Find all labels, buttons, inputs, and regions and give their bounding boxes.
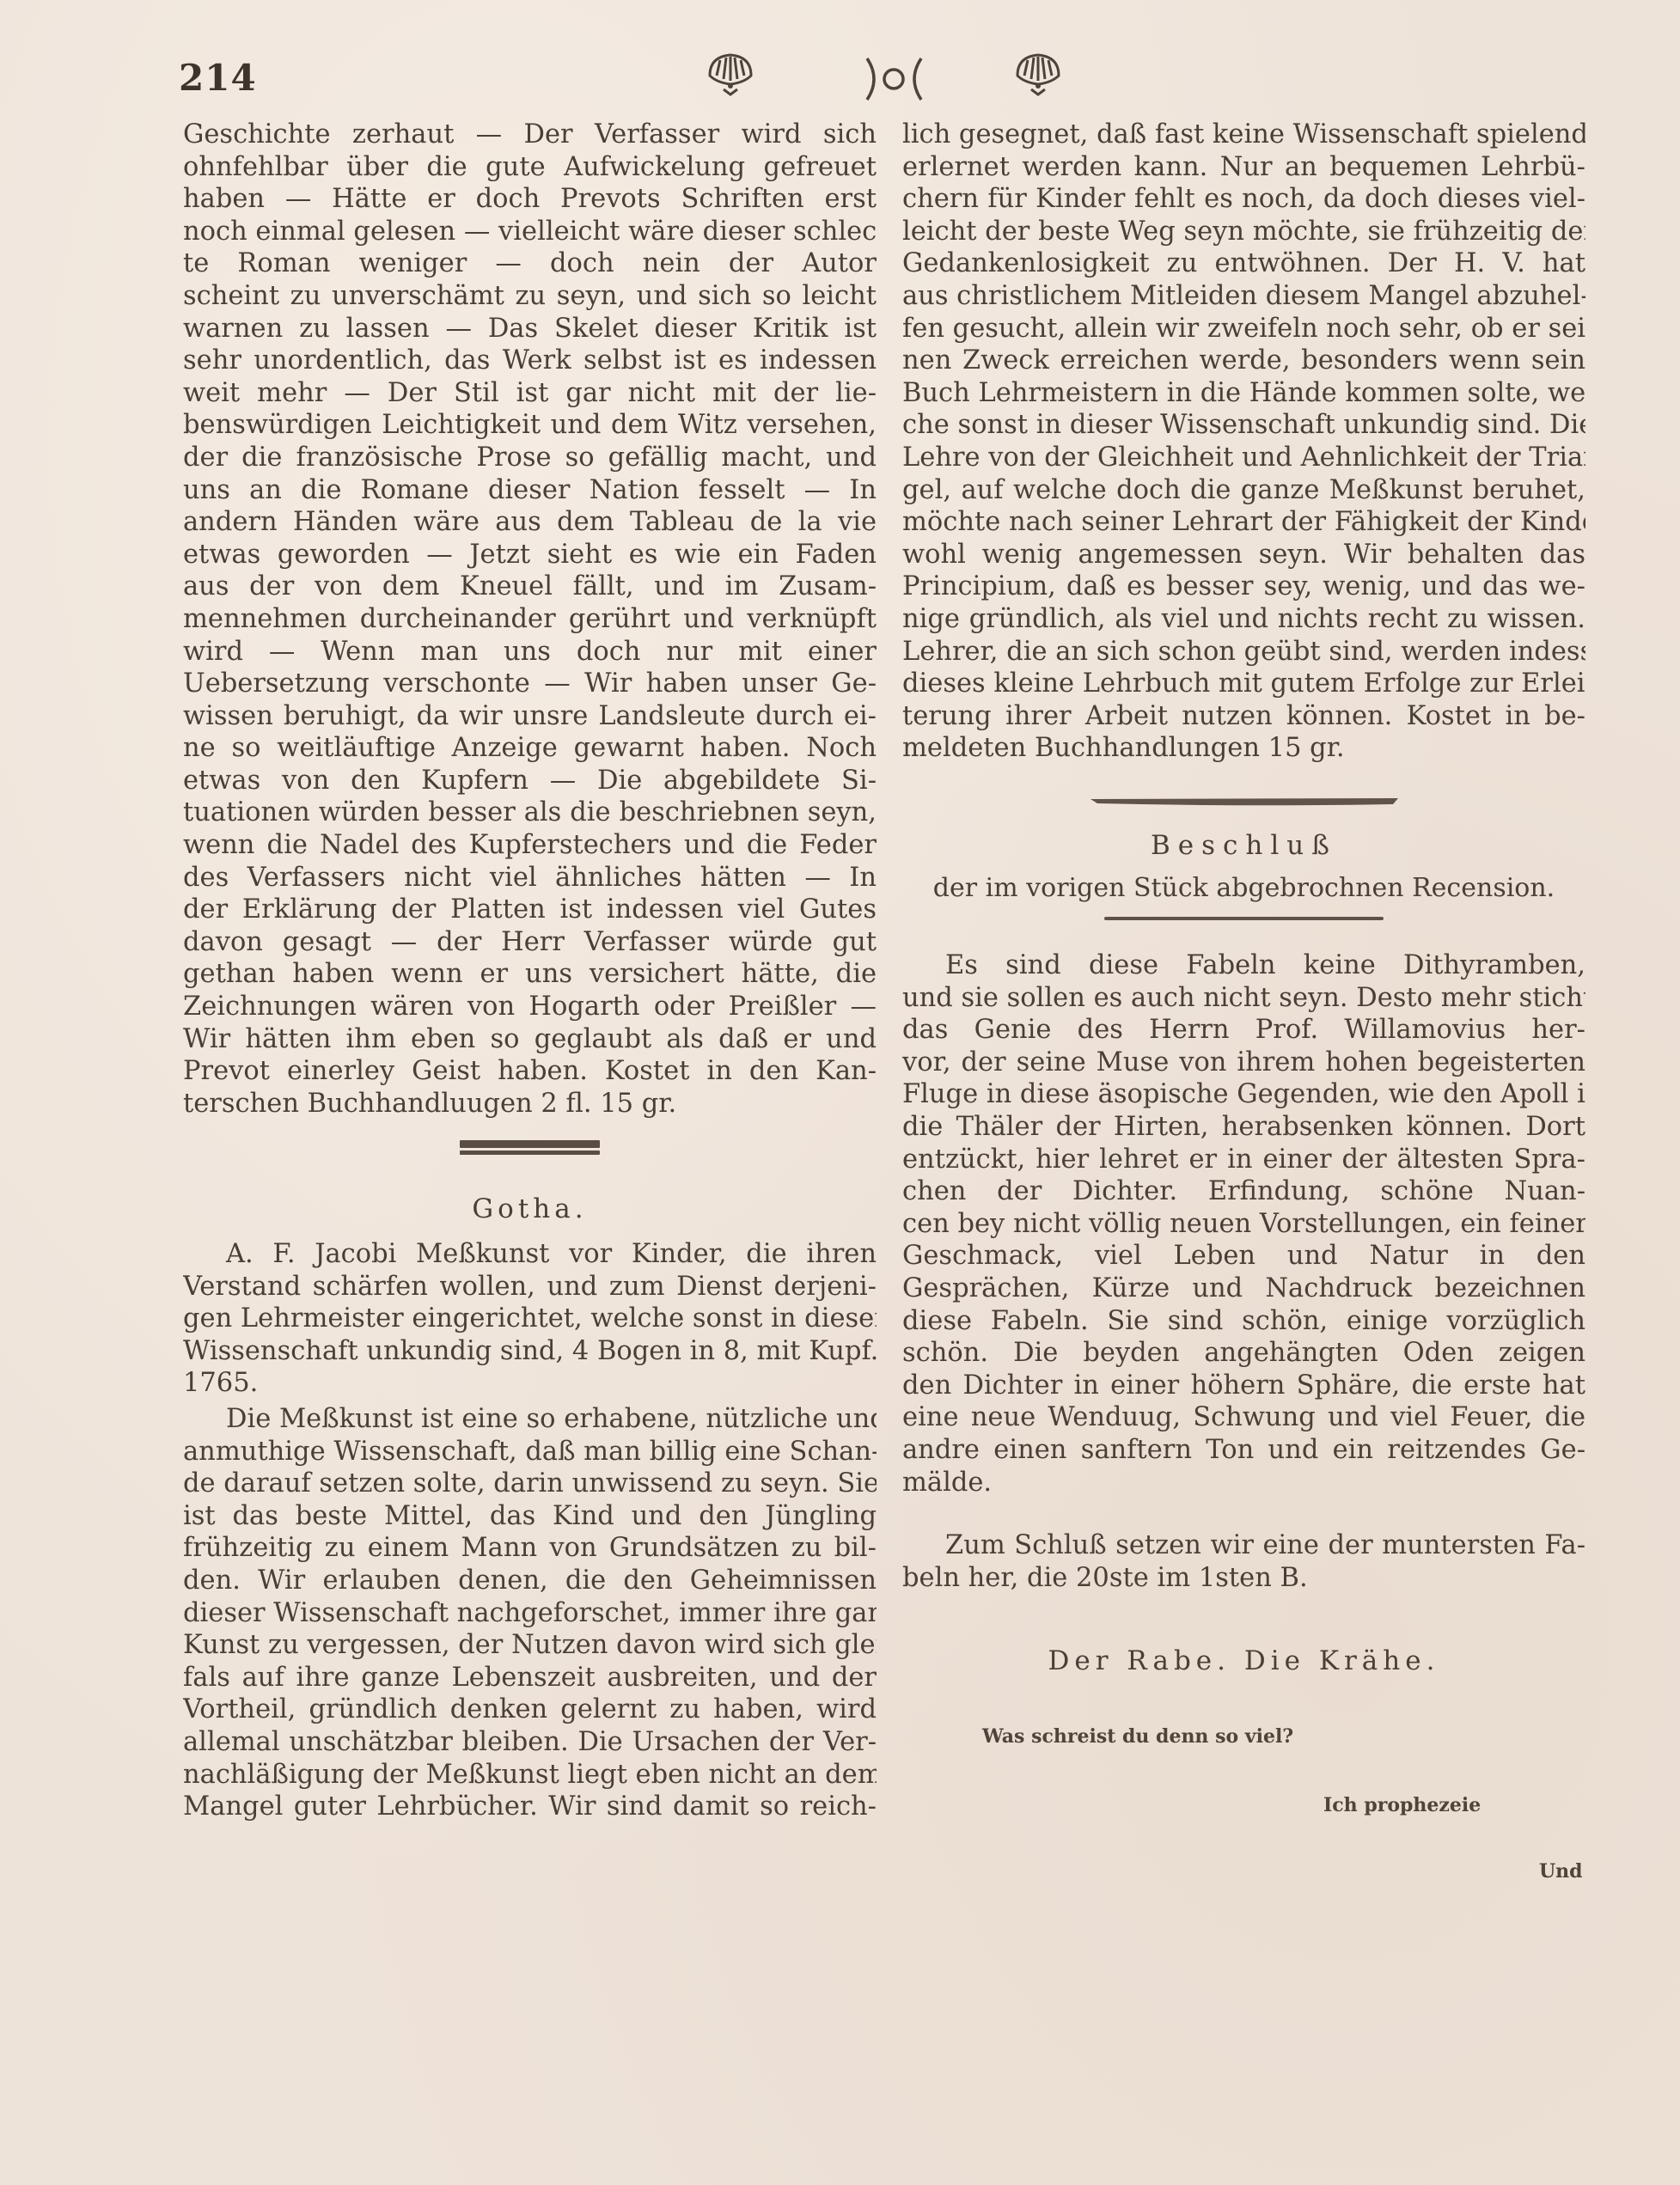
book-page: 214 [0, 0, 1680, 2185]
text-line: meldeten Buchhandlungen 15 gr. [902, 732, 1585, 765]
text-line: haben — Hätte er doch Prevots Schriften … [183, 183, 877, 216]
text-line: Buch Lehrmeistern in die Hände kommen so… [902, 377, 1585, 410]
text-line: fals auf ihre ganze Lebenszeit ausbreite… [183, 1662, 877, 1694]
text-line: mennehmen durcheinander gerührt und verk… [183, 603, 877, 636]
text-line: te Roman weniger — doch nein der Autor [183, 247, 877, 280]
text-line: Wissenschaft unkundig sind, 4 Bogen in 8… [183, 1335, 877, 1368]
text-line: aus christlichem Mitleiden diesem Mangel… [902, 280, 1585, 313]
text-line: Uebersetzung verschonte — Wir haben unse… [183, 668, 877, 700]
right-column: lich gesegnet, daß fast keine Wissenscha… [902, 119, 1585, 1889]
shell-ornament-icon [705, 50, 756, 101]
text-line: Verstand schärfen wollen, und zum Dienst… [183, 1271, 877, 1303]
text-line: wohl wenig angemessen seyn. Wir behalten… [902, 539, 1585, 571]
text-line: der die französische Prose so gefällig m… [183, 442, 877, 474]
text-line: den Dichter in einer höhern Sphäre, die … [902, 1370, 1585, 1402]
fables-review: Es sind diese Fabeln keine Dithyramben, … [902, 949, 1585, 1498]
text-line: das Genie des Herrn Prof. Willamovius he… [902, 1014, 1585, 1047]
text-line: benswürdigen Leichtigkeit und dem Witz v… [183, 409, 877, 442]
text-line: mälde. [902, 1467, 1585, 1499]
text-line: ne so weitläuftige Anzeige gewarnt haben… [183, 732, 877, 765]
text-line: des Verfassers nicht viel ähnliches hätt… [183, 862, 877, 894]
verse-line: Ich prophezeie [902, 1790, 1585, 1822]
text-line: allemal unschätzbar bleiben. Die Ursache… [183, 1726, 877, 1759]
text-line: Prevot einerley Geist haben. Kostet in d… [183, 1055, 877, 1088]
closing-paragraph: Zum Schluß setzen wir eine der munterste… [902, 1529, 1585, 1594]
page-header: 214 [179, 50, 1588, 110]
text-line: schön. Die beyden angehängten Oden zeige… [902, 1337, 1585, 1370]
text-line: de darauf setzen solte, darin unwissend … [183, 1468, 877, 1500]
text-line: scheint zu unverschämt zu seyn, und sich… [183, 280, 877, 313]
text-line: nachläßigung der Meßkunst liegt eben nic… [183, 1759, 877, 1791]
text-line: Gedankenlosigkeit zu entwöhnen. Der H. V… [902, 247, 1585, 280]
book-entry: A. F. Jacobi Meßkunst vor Kinder, die ih… [183, 1238, 877, 1400]
text-line: Fluge in diese äsopische Gegenden, wie d… [902, 1078, 1585, 1111]
text-line: entzückt, hier lehret er in einer der äl… [902, 1144, 1585, 1176]
text-line: Die Meßkunst ist eine so erhabene, nützl… [183, 1403, 877, 1436]
text-line: Kunst zu vergessen, der Nutzen davon wir… [183, 1629, 877, 1662]
text-line: wenn die Nadel des Kupferstechers und di… [183, 829, 877, 862]
text-line: andre einen sanftern Ton und ein reitzen… [902, 1434, 1585, 1467]
section-divider [1104, 917, 1384, 920]
text-line: nige gründlich, als viel und nichts rech… [902, 603, 1585, 636]
text-line: A. F. Jacobi Meßkunst vor Kinder, die ih… [183, 1238, 877, 1271]
text-line: beln her, die 20ste im 1sten B. [902, 1562, 1585, 1595]
review-continued-text: lich gesegnet, daß fast keine Wissenscha… [902, 119, 1585, 765]
text-line: davon gesagt — der Herr Verfasser würde … [183, 926, 877, 959]
review-body: Die Meßkunst ist eine so erhabene, nützl… [183, 1403, 877, 1823]
text-line: noch einmal gelesen — vielleicht wäre di… [183, 216, 877, 248]
text-line: uns an die Romane dieser Nation fesselt … [183, 474, 877, 507]
text-line: terschen Buchhandluugen 2 fl. 15 gr. [183, 1088, 877, 1120]
text-line: Geschmack, viel Leben und Natur in den [902, 1240, 1585, 1273]
text-line: nen Zweck erreichen werde, besonders wen… [902, 345, 1585, 377]
section-divider [460, 1140, 600, 1154]
text-line: Zum Schluß setzen wir eine der munterste… [902, 1529, 1585, 1562]
text-line: gen Lehrmeister eingerichtet, welche son… [183, 1303, 877, 1335]
text-line: Principium, daß es besser sey, wenig, un… [902, 571, 1585, 603]
text-line: ohnfehlbar über die gute Aufwickelung ge… [183, 151, 877, 184]
text-line: den. Wir erlauben denen, die den Geheimn… [183, 1565, 877, 1597]
text-line: vor, der seine Muse von ihrem hohen bege… [902, 1047, 1585, 1079]
text-line: cen bey nicht völlig neuen Vorstellungen… [902, 1208, 1585, 1241]
text-line: etwas von den Kupfern — Die abgebildete … [183, 765, 877, 797]
text-line: Mangel guter Lehrbücher. Wir sind damit … [183, 1791, 877, 1823]
shell-ornament-icon [1012, 50, 1064, 101]
text-line: Vortheil, gründlich denken gelernt zu ha… [183, 1694, 877, 1726]
text-line: fen gesucht, allein wir zweifeln noch se… [902, 313, 1585, 345]
text-line: gethan haben wenn er uns versichert hätt… [183, 958, 877, 991]
text-line: aus der von dem Kneuel fällt, und im Zus… [183, 571, 877, 603]
text-line: weit mehr — Der Stil ist gar nicht mit d… [183, 377, 877, 410]
text-line: der Erklärung der Platten ist indessen v… [183, 894, 877, 926]
text-line: Zeichnungen wären von Hogarth oder Preiß… [183, 991, 877, 1023]
text-line: frühzeitig zu einem Mann von Grundsätzen… [183, 1532, 877, 1565]
verse-line: Und [902, 1856, 1585, 1889]
text-line: Wir hätten ihm eben so geglaubt als daß … [183, 1023, 877, 1056]
text-line: che sonst in dieser Wissenschaft unkundi… [902, 409, 1585, 442]
verse-line: Was schreist du denn so viel? [902, 1721, 1585, 1754]
text-line: terung ihrer Arbeit nutzen können. Koste… [902, 700, 1585, 733]
text-line: Geschichte zerhaut — Der Verfasser wird … [183, 119, 877, 151]
text-line: erlernet werden kann. Nur an bequemen Le… [902, 151, 1585, 184]
text-line: sehr unordentlich, das Werk selbst ist e… [183, 345, 877, 377]
text-line: chen der Dichter. Erfindung, schöne Nuan… [902, 1175, 1585, 1208]
text-line: Es sind diese Fabeln keine Dithyramben, [902, 949, 1585, 982]
center-ornament-icon [862, 55, 926, 107]
text-line: Gesprächen, Kürze und Nachdruck bezeichn… [902, 1273, 1585, 1305]
section-title: Gotha. [183, 1193, 877, 1226]
text-line: lich gesegnet, daß fast keine Wissenscha… [902, 119, 1585, 151]
left-column: Geschichte zerhaut — Der Verfasser wird … [183, 119, 877, 1823]
text-line: Lehre von der Gleichheit und Aehnlichkei… [902, 442, 1585, 474]
text-line: gel, auf welche doch die ganze Meßkunst … [902, 474, 1585, 507]
text-line: chern für Kinder fehlt es noch, da doch … [902, 183, 1585, 216]
text-line: Lehrer, die an sich schon geübt sind, we… [902, 636, 1585, 668]
text-line: anmuthige Wissenschaft, daß man billig e… [183, 1436, 877, 1468]
text-line: andern Händen wäre aus dem Tableau de la… [183, 506, 877, 539]
text-line: wird — Wenn man uns doch nur mit einer [183, 636, 877, 668]
text-line: dieses kleine Lehrbuch mit gutem Erfolge… [902, 668, 1585, 700]
section-subtitle: der im vorigen Stück abgebrochnen Recens… [902, 872, 1585, 905]
continued-review-text: Geschichte zerhaut — Der Verfasser wird … [183, 119, 877, 1120]
text-line: warnen zu lassen — Das Skelet dieser Kri… [183, 313, 877, 345]
page-number: 214 [179, 57, 257, 99]
text-line: eine neue Wenduug, Schwung und viel Feue… [902, 1401, 1585, 1434]
text-line: möchte nach seiner Lehrart der Fähigkeit… [902, 506, 1585, 539]
text-line: ist das beste Mittel, das Kind und den J… [183, 1500, 877, 1533]
text-line: wissen beruhigt, da wir unsre Landsleute… [183, 700, 877, 733]
section-divider [1090, 784, 1398, 796]
text-line: die Thäler der Hirten, herabsenken könne… [902, 1111, 1585, 1144]
text-line: tuationen würden besser als die beschrie… [183, 796, 877, 829]
text-line: diese Fabeln. Sie sind schön, einige vor… [902, 1305, 1585, 1338]
text-line: dieser Wissenschaft nachgeforschet, imme… [183, 1597, 877, 1630]
text-line: und sie sollen es auch nicht seyn. Desto… [902, 982, 1585, 1015]
fable-title: Der Rabe. Die Krähe. [902, 1645, 1585, 1678]
text-line: leicht der beste Weg seyn möchte, sie fr… [902, 216, 1585, 248]
text-line: 1765. [183, 1367, 877, 1400]
text-line: etwas geworden — Jetzt sieht es wie ein … [183, 539, 877, 571]
section-title: Beschluß [902, 830, 1585, 863]
